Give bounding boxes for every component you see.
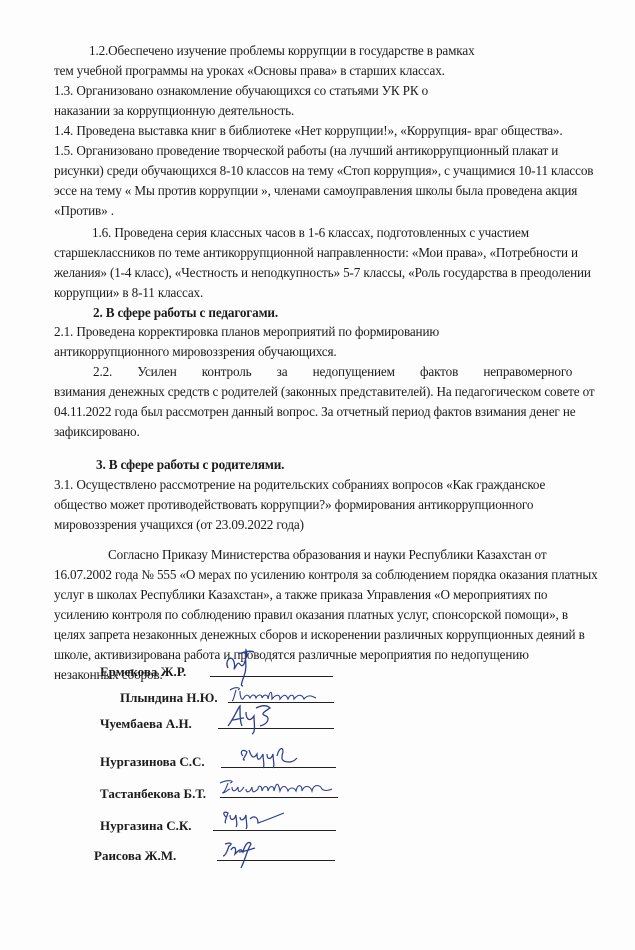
handwritten-signature: [237, 746, 299, 773]
section-2-heading: 2. В сфере работы с педагогами.: [93, 305, 278, 321]
para-1-6-line-1: 1.6. Проведена серия классных часов в 1-…: [92, 225, 529, 241]
signatory-name: Раисова Ж.М.: [94, 848, 176, 864]
para-1-4: 1.4. Проведена выставка книг в библиотек…: [54, 123, 563, 139]
closing-line-5: целях запрета незаконных денежных сборов…: [54, 627, 585, 643]
closing-line-4: усилению контроля по соблюдению правил о…: [54, 607, 568, 623]
signatory-name: Чуембаева А.Н.: [100, 716, 192, 732]
para-1-5-line-1: 1.5. Организовано проведение творческой …: [54, 143, 558, 159]
section-3-heading: 3. В сфере работы с родителями.: [96, 457, 284, 473]
signatory-name: Нургазинова С.С.: [100, 754, 205, 770]
closing-line-2: 16.07.2002 года № 555 «О мерах по усилен…: [54, 567, 598, 583]
para-1-3-line-2: наказании за коррупционную деятельность.: [54, 103, 294, 119]
para-1-2-line-1: 1.2.Обеспечено изучение проблемы коррупц…: [89, 43, 475, 59]
para-2-1-line-2: антикоррупционного мировоззрения обучающ…: [54, 344, 337, 360]
para-1-5-line-3: эссе на тему « Мы против коррупции », чл…: [54, 183, 577, 199]
closing-line-1: Согласно Приказу Министерства образовани…: [108, 547, 546, 563]
handwritten-signature: [221, 840, 261, 875]
para-2-2-line-3: 04.11.2022 года был рассмотрен данный во…: [54, 404, 575, 420]
signatory-name: Ермекова Ж.Р.: [100, 664, 186, 680]
handwritten-signature: [218, 779, 338, 804]
para-1-6-line-2: старшеклассников по теме антикоррупционн…: [54, 245, 578, 261]
para-2-2-line-2: взимания денежных средств с родителей (з…: [54, 384, 595, 400]
document-page: 1.2.Обеспечено изучение проблемы коррупц…: [0, 0, 635, 950]
para-3-1-line-1: 3.1. Осуществлено рассмотрение на родите…: [54, 477, 545, 493]
closing-line-6: школе, активизирована работа и проводятс…: [54, 647, 529, 663]
para-2-2-line-4: зафиксировано.: [54, 424, 140, 440]
signatory-name: Тастанбекова Б.Т.: [100, 786, 206, 802]
para-1-5-line-2: рисунки) среди обучающихся 8-10 классов …: [54, 163, 593, 179]
handwritten-signature: [218, 809, 288, 834]
signatory-name: Плындина Н.Ю.: [120, 690, 218, 706]
para-1-3-line-1: 1.3. Организовано ознакомление обучающих…: [54, 83, 428, 99]
para-2-2-line-1: 2.2. Усилен контроль за недопущением фак…: [93, 364, 572, 380]
para-1-6-line-3: желания» (1-4 класс), «Честность и непод…: [54, 265, 591, 281]
handwritten-signature: [226, 704, 286, 741]
para-1-5-line-4: «Против» .: [54, 203, 114, 219]
closing-line-3: услуг в школах Республики Казахстан», а …: [54, 587, 547, 603]
para-1-6-line-4: коррупции» в 8-11 классах.: [54, 285, 203, 301]
para-2-1-line-1: 2.1. Проведена корректировка планов меро…: [54, 324, 439, 340]
para-1-2-line-2: тем учебной программы на уроках «Основы …: [54, 63, 445, 79]
para-3-1-line-3: мировоззрения учащихся (от 23.09.2022 го…: [54, 517, 304, 533]
para-3-1-line-2: общество может противодействовать корруп…: [54, 497, 533, 513]
signatory-name: Нургазина С.К.: [100, 818, 192, 834]
